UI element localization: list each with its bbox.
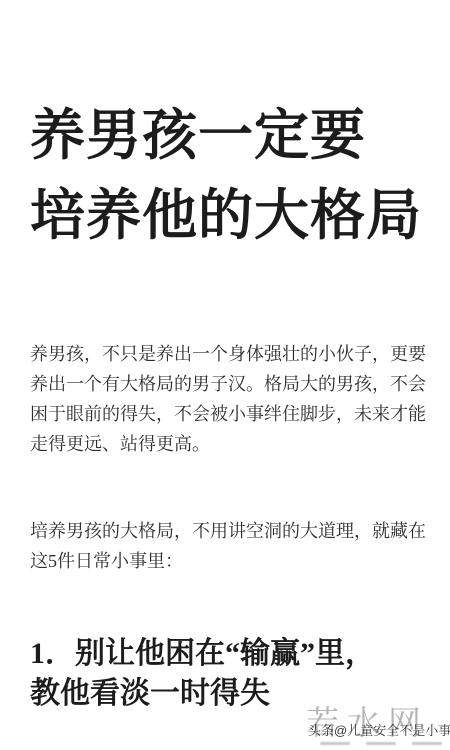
watermark-caption-row — [318, 741, 448, 747]
title-line-1: 养男孩一定要 — [30, 96, 436, 176]
article-page: 养男孩一定要 培养他的大格局 养男孩，不只是养出一个身体强壮的小伙子，更要 养出… — [0, 0, 450, 750]
lead-in-paragraph-line-1: 培养男孩的大格局，不用讲空洞的大道理，就藏在 — [30, 516, 428, 546]
article-title: 养男孩一定要 培养他的大格局 — [30, 96, 436, 256]
intro-paragraph-line-3: 困于眼前的得失，不会被小事绊住脚步，未来才能 — [30, 399, 428, 429]
watermark-account-credit: 头条@儿童安全不是小事 — [308, 720, 450, 739]
lead-in-paragraph-line-2: 这5件日常小事里： — [30, 546, 428, 576]
point-1-heading: 1．别让他困在“输赢”里， 教他看淡一时得失 — [30, 634, 430, 714]
lead-in-paragraph: 培养男孩的大格局，不用讲空洞的大道理，就藏在 这5件日常小事里： — [30, 516, 428, 576]
intro-paragraph-line-2: 养出一个有大格局的男子汉。格局大的男孩，不会 — [30, 369, 428, 399]
point-1-heading-line-2: 教他看淡一时得失 — [30, 674, 430, 714]
watermark-caption-bar — [366, 742, 396, 745]
watermark-caption-bar — [412, 742, 442, 745]
point-1-heading-line-1: 1．别让他困在“输赢”里， — [30, 634, 430, 674]
watermark-caption-bar — [320, 742, 350, 745]
intro-paragraph-line-4: 走得更远、站得更高。 — [30, 429, 428, 459]
intro-paragraph-line-1: 养男孩，不只是养出一个身体强壮的小伙子，更要 — [30, 339, 428, 369]
intro-paragraph: 养男孩，不只是养出一个身体强壮的小伙子，更要 养出一个有大格局的男子汉。格局大的… — [30, 339, 428, 459]
title-line-2: 培养他的大格局 — [30, 176, 436, 256]
